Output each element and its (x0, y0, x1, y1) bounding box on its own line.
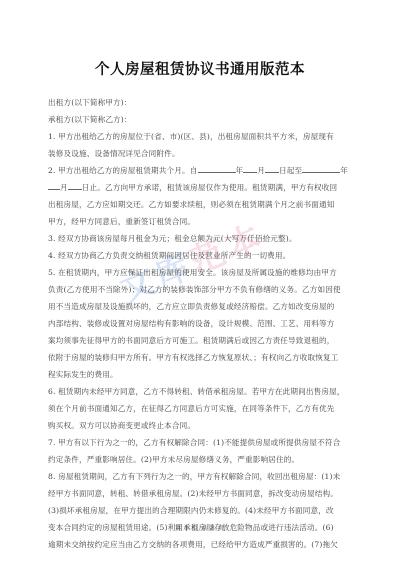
clause-6-line-3: 购买权。双方可以协商变更或终止本合同。 (48, 417, 354, 434)
clause-8-line-1: 8. 房屋租赁期间，乙方有下列行为之一的，甲方有权解除合同，收回出租房屋：(1)… (48, 468, 354, 485)
page-number: 第 1 页 共 8 页 (0, 523, 400, 532)
document-page: 个人房屋租赁协议书通用版范本 文库范本 出租方(以下简称甲方)： 承租方(以下简… (0, 0, 400, 565)
document-body: 出租方(以下简称甲方)： 承租方(以下简称乙方)： 1. 甲方出租给乙方的房屋位… (48, 94, 354, 553)
clause-8-line-2: 经甲方书面同意，转租、转借承租房屋。(2)未经甲方书面同意，拆改变动房屋结构。 (48, 485, 354, 502)
clause-2-line-3: 出租房屋，乙方应如期交还。乙方如要求续租，则必须在租赁期满个月之前书面通知 (48, 196, 354, 213)
blank-end-year[interactable] (302, 163, 340, 173)
clause-2-text: 2. 甲方出租给乙方的房屋租赁期共个月。自 (48, 166, 198, 175)
clause-6-line-2: 须在个月前书面通知乙方，在征得乙方同意后方可实施，在同等条件下，乙方有优先 (48, 400, 354, 417)
document-title: 个人房屋租赁协议书通用版范本 (0, 58, 400, 79)
blank-start-month[interactable] (243, 163, 257, 173)
word-year-2: 年 (340, 166, 348, 175)
word-month: 月 (257, 166, 265, 175)
word-year: 年 (236, 166, 244, 175)
clause-5-line-2: 负责(乙方使用不当除外)；对乙方的装修装饰部分甲方不负有修缮的义务。乙方如因使 (48, 281, 354, 298)
blank-end-month[interactable] (48, 180, 60, 190)
clause-7-line-2: 约定条件，严重影响居住。(2)甲方未尽房屋修缮义务，严重影响居住的。 (48, 451, 354, 468)
word-day-from: 日起至 (279, 166, 302, 175)
clause-7-line-1: 7. 甲方有以下行为之一的，乙方有权解除合同：(1)不能提供房屋或所提供房屋不符… (48, 434, 354, 451)
clause-4-line: 4. 经双方协商乙方负责交纳租赁期间因居住及营业所产生的一切费用。 (48, 247, 354, 264)
clause-5-line-4: 内部结构、装修或设置对房屋结构有影响的设备，设计规模、范围、工艺、用料等方 (48, 315, 354, 332)
clause-8-line-3: (3)损坏承租房屋，在甲方提出的合理期限内仍未修复的。(4)未经甲方书面同意，改 (48, 502, 354, 519)
clause-6-line-1: 6. 租赁期内未经甲方同意，乙方不得转租、转借承租房屋。若甲方在此期间出售房屋， (48, 383, 354, 400)
clause-1-line-2: 装修及设施、设备情况详见合同附件。 (48, 145, 354, 162)
clause-5-line-7: 程实际发生的费用。 (48, 366, 354, 383)
clause-5-line-3: 用不当造成房屋及设施损坏的，乙方应立即负责修复或经济赔偿。乙方如改变房屋的 (48, 298, 354, 315)
blank-start-day[interactable] (265, 163, 279, 173)
lessor-line: 出租方(以下简称甲方)： (48, 94, 354, 111)
clause-2-line-1: 2. 甲方出租给乙方的房屋租赁期共个月。自年月日起至年 (48, 162, 354, 179)
clause-5-line-1: 5. 在租赁期内，甲方应保证出租房屋的使用安全。该房屋及所属设施的维修均由甲方 (48, 264, 354, 281)
lessee-line: 承租方(以下简称乙方)： (48, 111, 354, 128)
word-month-2: 月 (60, 183, 68, 192)
blank-end-day[interactable] (68, 180, 82, 190)
clause-2-line-2: 月日止。乙方向甲方承诺，租赁该房屋仅作为使用。租赁期满，甲方有权收回 (48, 179, 354, 196)
clause-5-line-5: 案均须事先征得甲方的书面同意后方可施工。租赁期满后或因乙方责任导致退租的， (48, 332, 354, 349)
clause-3-line: 3. 经双方协商该房屋每月租金为元；租金总额为元(大写万仟佰拾元整)。 (48, 230, 354, 247)
clause-5-line-6: 依附于房屋的装修归甲方所有。甲方有权选择乙方恢复原状、；有权向乙方收取恢复工 (48, 349, 354, 366)
blank-start-year[interactable] (198, 163, 236, 173)
clause-2-text-2: 日止。乙方向甲方承诺，租赁该房屋仅作为使用。租赁期满，甲方有权收回 (82, 183, 338, 192)
clause-8-line-5: 逾期未交纳按约定应当由乙方交纳的各项费用，已经给甲方造成严重损害的。(7)拖欠 (48, 536, 354, 553)
clause-1-line-1: 1. 甲方出租给乙方的房屋位于(省、市)(区、县)，出租房屋面积共平方米，房屋现… (48, 128, 354, 145)
clause-2-line-4: 甲方，经甲方同意后，重新签订租赁合同。 (48, 213, 354, 230)
